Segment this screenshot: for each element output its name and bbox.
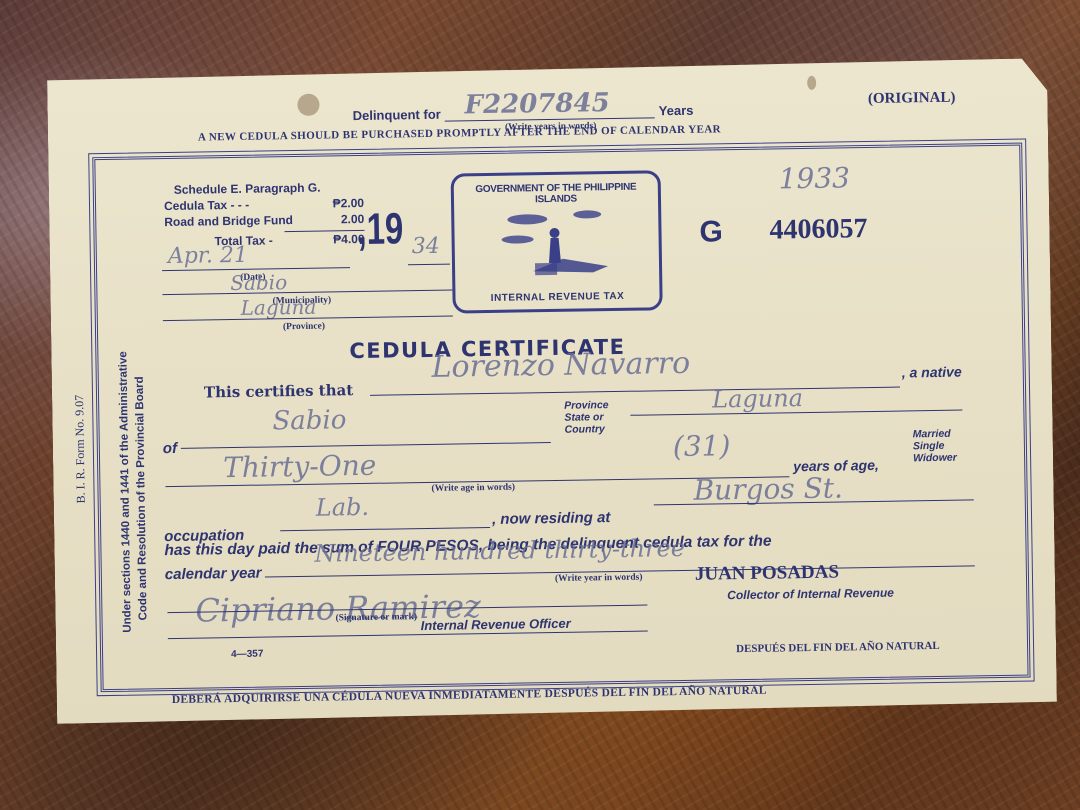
native-label: , a native [902, 364, 962, 381]
form-number-label: B. I. R. Form No. 9.07 [72, 395, 89, 504]
series-letter: G [699, 215, 723, 249]
original-copy-label: (ORIGINAL) [868, 90, 956, 108]
cedula-certificate-document: Delinquent for F2207845 (Write years in … [47, 58, 1057, 724]
government-seal: GOVERNMENT OF THE PHILIPPINE ISLANDS INT… [451, 170, 663, 313]
civil-status-option: Widower [913, 452, 957, 465]
country-handwriting: Laguna [712, 384, 803, 413]
delinquent-years-handwriting: F2207845 [464, 88, 610, 120]
certifies-label: This certifies that [204, 381, 354, 401]
age-numeric-handwriting: (31) [673, 429, 731, 463]
seal-bottom-text: INTERNAL REVENUE TAX [455, 290, 659, 304]
province-handwriting: Laguna [240, 295, 316, 320]
civil-status-option: Married [913, 428, 957, 441]
schedule-row-label: Cedula Tax - - - [164, 197, 249, 214]
schedule-row-cedula-tax: Cedula Tax - - - ₱2.00 [164, 195, 364, 214]
officer-label: Internal Revenue Officer [421, 616, 571, 633]
age-words-handwriting: Thirty-One [223, 449, 377, 484]
province-caption: (Province) [283, 322, 325, 333]
residing-label: , now residing at [492, 509, 611, 528]
year-prefix: ,19 [357, 204, 404, 255]
delinquent-line: Delinquent for F2207845 (Write years in … [352, 92, 693, 123]
date-handwriting: Apr. 21 [168, 243, 248, 269]
signature-caption: (Signature or mark) [335, 612, 417, 623]
serial-year-handwriting: 1933 [778, 161, 850, 195]
name-handwriting: Lorenzo Navarro [431, 346, 690, 385]
of-label: of [163, 440, 177, 457]
delinquent-years-field: F2207845 (Write years in words) [444, 92, 654, 121]
native-of-handwriting: Sabio [272, 405, 346, 436]
brace-option: Province [564, 399, 609, 412]
brace-option: Country [565, 423, 610, 436]
delinquent-label: Delinquent for [353, 107, 441, 123]
paper-stain [297, 94, 319, 116]
schedule-row-road-fund: Road and Bridge Fund 2.00 [164, 211, 364, 230]
serial-number: 4406057 [769, 213, 867, 247]
new-cedula-notice: A NEW CEDULA SHOULD BE PURCHASED PROMPTL… [198, 123, 721, 143]
calendar-year-handwriting: Nineteen hundred thirty-three [314, 534, 685, 568]
brace-option: State or [564, 411, 609, 424]
schedule-row-label: Road and Bridge Fund [164, 212, 293, 230]
province-state-country-brace: Province State or Country [564, 399, 609, 436]
civil-status-option: Single [913, 440, 957, 453]
collector-title: Collector of Internal Revenue [727, 586, 894, 603]
calendar-year-label: calendar year [165, 565, 262, 584]
year-caption: (Write year in words) [555, 573, 643, 584]
paper-stain [807, 76, 816, 90]
form-code: 4—357 [231, 649, 263, 661]
collector-name: JUAN POSADAS [695, 562, 839, 586]
year-suffix-handwriting: 34 [412, 234, 440, 259]
tax-schedule: Schedule E. Paragraph G. Cedula Tax - - … [164, 179, 365, 250]
age-caption: (Write age in words) [431, 483, 515, 494]
occupation-handwriting: Lab. [316, 493, 370, 522]
years-label: Years [659, 103, 694, 119]
civil-status-brace: Married Single Widower [913, 428, 957, 465]
seal-figure-icon [492, 200, 623, 282]
